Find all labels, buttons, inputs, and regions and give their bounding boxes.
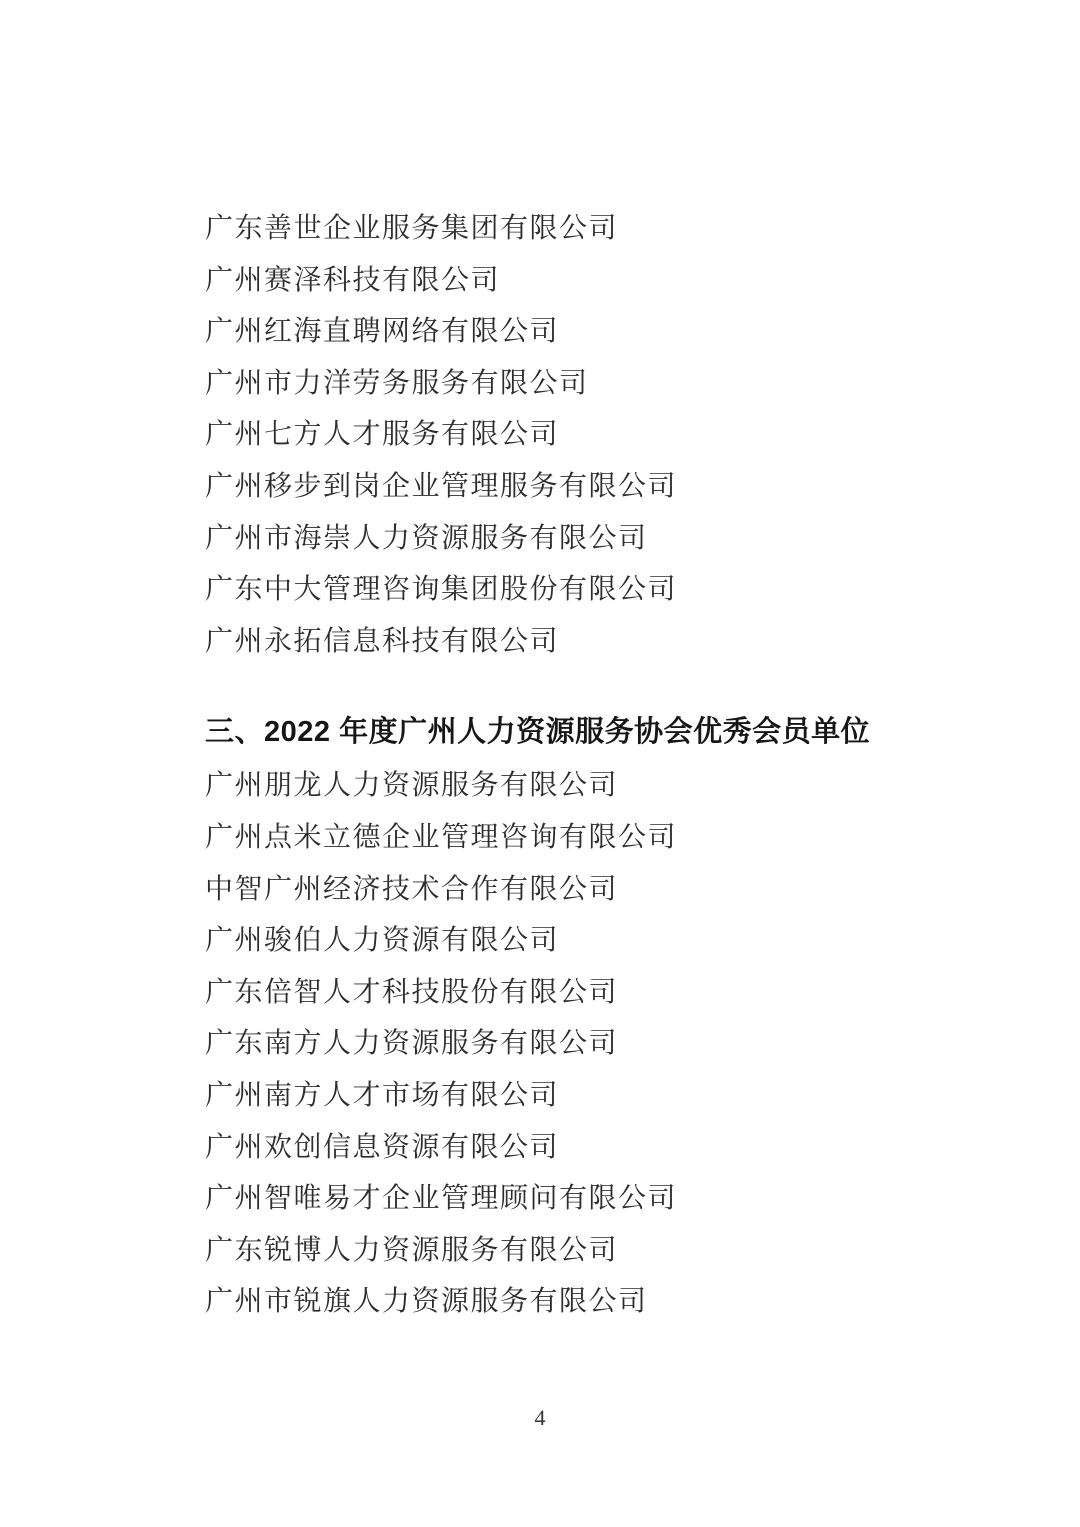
company-name: 广东中大管理咨询集团股份有限公司: [205, 564, 935, 616]
company-name: 广州欢创信息资源有限公司: [205, 1122, 935, 1174]
company-name: 广州市海崇人力资源服务有限公司: [205, 513, 935, 565]
document-content: 广东善世企业服务集团有限公司广州赛泽科技有限公司广州红海直聘网络有限公司广州市力…: [205, 203, 935, 1328]
company-name: 广州点米立德企业管理咨询有限公司: [205, 812, 935, 864]
company-name: 广州七方人才服务有限公司: [205, 409, 935, 461]
company-name: 广东南方人力资源服务有限公司: [205, 1018, 935, 1070]
page-number: 4: [0, 1405, 1080, 1431]
company-name: 广州市力洋劳务服务有限公司: [205, 358, 935, 410]
company-name: 广州智唯易才企业管理顾问有限公司: [205, 1173, 935, 1225]
company-name: 广州市锐旗人力资源服务有限公司: [205, 1276, 935, 1328]
company-name: 广州南方人才市场有限公司: [205, 1070, 935, 1122]
company-name: 广东锐博人力资源服务有限公司: [205, 1225, 935, 1277]
company-name: 广州移步到岗企业管理服务有限公司: [205, 461, 935, 513]
company-name: 广州红海直聘网络有限公司: [205, 306, 935, 358]
section-heading: 三、2022 年度广州人力资源服务协会优秀会员单位: [205, 706, 935, 758]
company-name: 广州赛泽科技有限公司: [205, 255, 935, 307]
company-name: 广东倍智人才科技股份有限公司: [205, 967, 935, 1019]
company-name: 广州骏伯人力资源有限公司: [205, 915, 935, 967]
company-name: 中智广州经济技术合作有限公司: [205, 864, 935, 916]
company-name: 广州永拓信息科技有限公司: [205, 616, 935, 668]
member-list-continuation: 广东善世企业服务集团有限公司广州赛泽科技有限公司广州红海直聘网络有限公司广州市力…: [205, 203, 935, 667]
excellent-member-list: 广州朋龙人力资源服务有限公司广州点米立德企业管理咨询有限公司中智广州经济技术合作…: [205, 760, 935, 1328]
document-page: 广东善世企业服务集团有限公司广州赛泽科技有限公司广州红海直聘网络有限公司广州市力…: [0, 0, 1080, 1527]
company-name: 广州朋龙人力资源服务有限公司: [205, 760, 935, 812]
company-name: 广东善世企业服务集团有限公司: [205, 203, 935, 255]
